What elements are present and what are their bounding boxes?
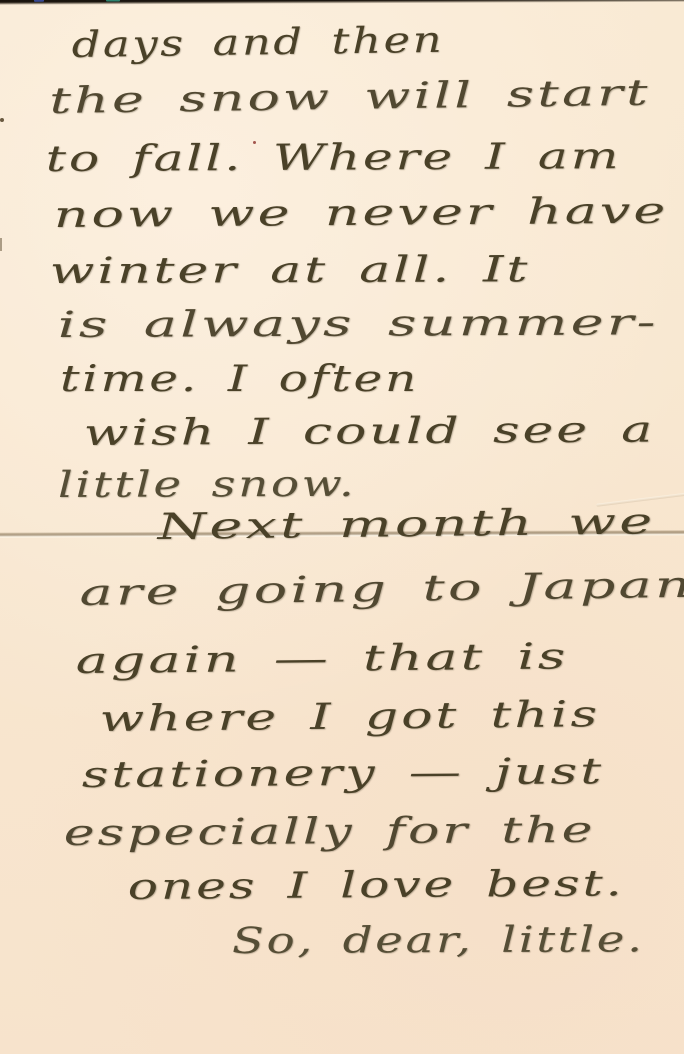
letter-line-13: where I got this bbox=[99, 695, 600, 739]
letter-line-1: days and then bbox=[71, 21, 444, 66]
letter-line-4: now we never have bbox=[53, 192, 668, 236]
letter-line-2: the snow will start bbox=[49, 74, 651, 122]
letter-line-11: are going to Japan bbox=[79, 566, 684, 614]
letter-line-3: to fall. Where I am bbox=[46, 137, 622, 179]
paper-speck bbox=[0, 118, 4, 122]
letter-line-17: So, dear, little. bbox=[232, 920, 645, 961]
paper-speck bbox=[0, 238, 2, 251]
letter-line-7: time. I often bbox=[60, 360, 419, 400]
letter-line-5: winter at all. It bbox=[50, 250, 531, 291]
scan-artifact-speck bbox=[34, 0, 44, 2]
letter-line-10: Next month we bbox=[157, 502, 656, 547]
letter-line-6: is always summer- bbox=[58, 303, 659, 345]
letter-line-14: stationery — just bbox=[81, 752, 604, 795]
scan-edge-strip bbox=[0, 0, 684, 5]
scan-artifact-speck bbox=[106, 0, 120, 2]
letter-line-12: again — that is bbox=[75, 637, 569, 681]
letter-line-9: little snow. bbox=[58, 465, 357, 506]
letter-line-16: ones I love best. bbox=[127, 864, 624, 907]
letter-line-15: especially for the bbox=[63, 811, 595, 854]
letter-line-8: wish I could see a bbox=[83, 411, 655, 454]
letter-page: days and then the snow will start to fal… bbox=[0, 0, 684, 1054]
